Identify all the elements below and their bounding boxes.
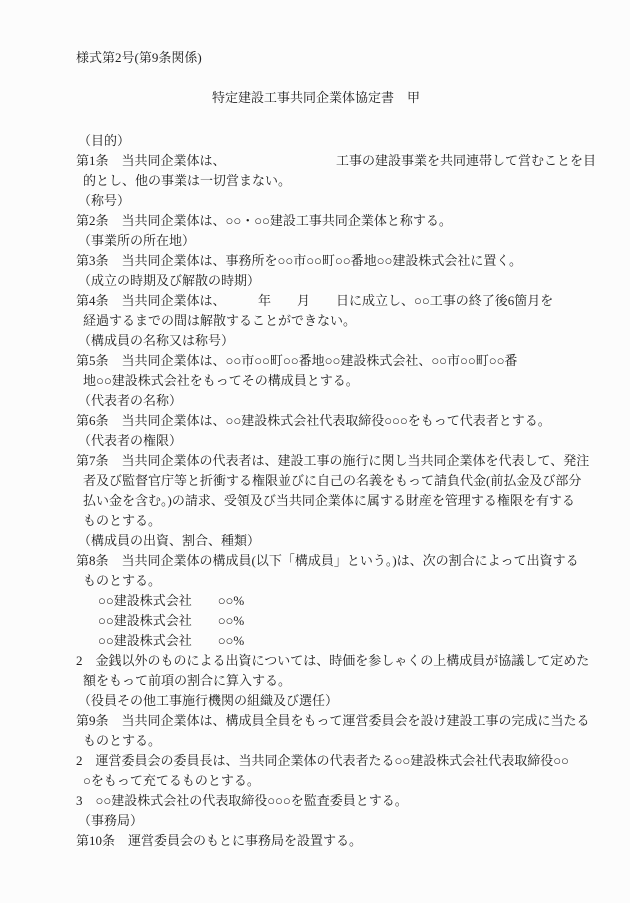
document-title: 特定建設工事共同企業体協定書 甲 (76, 88, 556, 108)
section-heading: （事務局） (78, 811, 574, 831)
article-line: 第4条 当共同企業体は、 年 月 日に成立し、○○工事の終了後6箇月を (76, 291, 574, 311)
article-continuation-line: 額をもって前項の割合に算入する。 (83, 671, 574, 691)
section-heading: （事業所の所在地） (78, 231, 574, 251)
article-line: 第6条 当共同企業体は、○○建設株式会社代表取締役○○○をもって代表者とする。 (76, 411, 574, 431)
article-continuation-line: 的とし、他の事業は一切営まない。 (83, 171, 574, 191)
article-continuation-line: 者及び監督官庁等と折衝する権限並びに自己の名義をもって請負代金(前払金及び部分 (83, 471, 574, 491)
article-continuation-line: ものとする。 (83, 511, 574, 531)
article-continuation-line: 経過するまでの間は解散することができない。 (83, 311, 574, 331)
section-heading: （代表者の名称） (78, 391, 574, 411)
investment-ratio-item: ○○建設株式会社 ○○% (98, 611, 574, 631)
investment-ratio-item: ○○建設株式会社 ○○% (98, 591, 574, 611)
article-line: 第5条 当共同企業体は、○○市○○町○○番地○○建設株式会社、○○市○○町○○番 (76, 351, 574, 371)
article-line: 第8条 当共同企業体の構成員(以下「構成員」という。)は、次の割合によって出資す… (76, 551, 574, 571)
document-body: （目的）第1条 当共同企業体は、 工事の建設事業を共同連帯して営むことを目的とし… (76, 131, 574, 851)
article-continuation-line: 地○○建設株式会社をもってその構成員とする。 (83, 371, 574, 391)
article-continuation-line: 払い金を含む。)の請求、受領及び当共同企業体に属する財産を管理する権限を有する (83, 491, 574, 511)
section-heading: （役員その他工事施行機関の組織及び選任） (78, 691, 574, 711)
article-line: 第9条 当共同企業体は、構成員全員をもって運営委員会を設け建設工事の完成に当たる (76, 711, 574, 731)
section-heading: （構成員の名称又は称号） (78, 331, 574, 351)
article-line: 第10条 運営委員会のもとに事務局を設置する。 (76, 831, 574, 851)
investment-ratio-item: ○○建設株式会社 ○○% (98, 631, 574, 651)
section-heading: （目的） (78, 131, 574, 151)
article-line: 第3条 当共同企業体は、事務所を○○市○○町○○番地○○建設株式会社に置く。 (76, 251, 574, 271)
document-page: 様式第2号(第9条関係) 特定建設工事共同企業体協定書 甲 （目的）第1条 当共… (0, 0, 630, 903)
section-heading: （構成員の出資、割合、種類） (78, 531, 574, 551)
form-number: 様式第2号(第9条関係) (76, 48, 574, 68)
article-line: 2 金銭以外のものによる出資については、時価を参しゃくの上構成員が協議して定めた (76, 651, 574, 671)
article-line: 3 ○○建設株式会社の代表取締役○○○を監査委員とする。 (76, 791, 574, 811)
article-line: 第1条 当共同企業体は、 工事の建設事業を共同連帯して営むことを目 (76, 151, 574, 171)
article-continuation-line: ○をもって充てるものとする。 (83, 771, 574, 791)
article-line: 第7条 当共同企業体の代表者は、建設工事の施行に関し当共同企業体を代表して、発注 (76, 451, 574, 471)
section-heading: （代表者の権限） (78, 431, 574, 451)
section-heading: （称号） (78, 191, 574, 211)
article-continuation-line: ものとする。 (83, 571, 574, 591)
article-line: 2 運営委員会の委員長は、当共同企業体の代表者たる○○建設株式会社代表取締役○○ (76, 751, 574, 771)
section-heading: （成立の時期及び解散の時期） (78, 271, 574, 291)
article-line: 第2条 当共同企業体は、○○・○○建設工事共同企業体と称する。 (76, 211, 574, 231)
article-continuation-line: ものとする。 (83, 731, 574, 751)
